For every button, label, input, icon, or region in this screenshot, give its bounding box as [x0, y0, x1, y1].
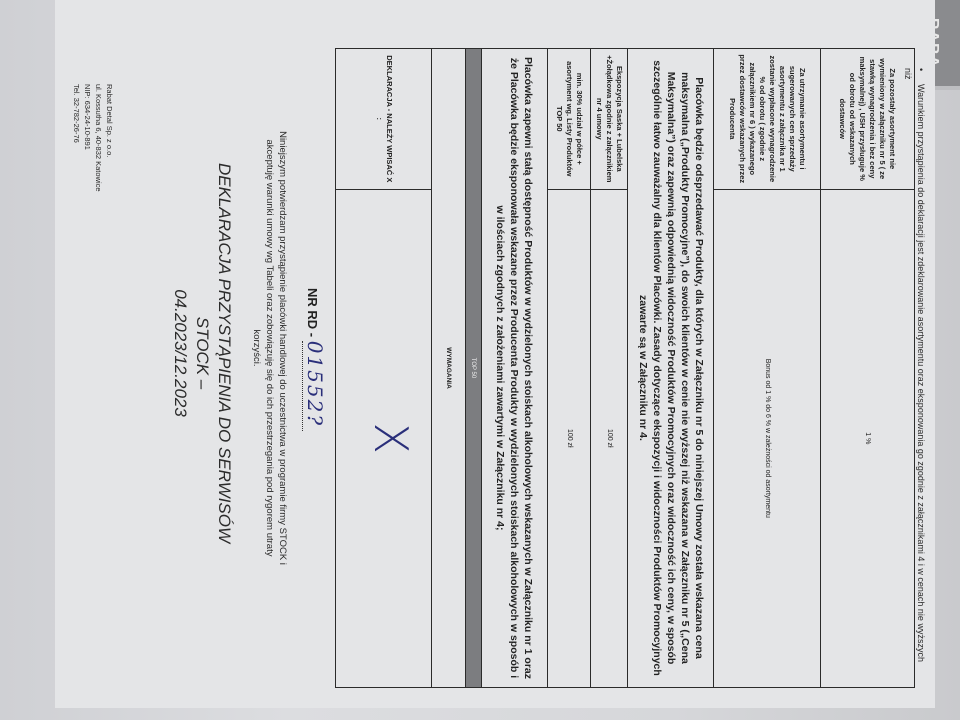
- bonus-label-cell: Za utrzymanie asortymentu i sugerowanych…: [713, 49, 820, 190]
- title-line-2: 04.2023/12.2023: [169, 138, 191, 568]
- declaration-page: •Warunkiem przystąpienia do deklaracji j…: [55, 0, 935, 708]
- declaration-label-cell: DEKLARACJA - NALEŻY WPISAĆ X :: [336, 49, 432, 190]
- bonus-label-cell: Za pozostały asortyment nie wymieniony w…: [820, 49, 914, 190]
- requirements-header: WYMAGANIA: [432, 49, 465, 688]
- company-address: ul. Kossutha 6, 40-832 Katowice: [93, 84, 104, 284]
- handwritten-x-mark: X: [364, 423, 418, 455]
- bullet-icon: •: [914, 68, 927, 84]
- page-title: DEKLARACJA PRZYSTĄPIENIA DO SERWISÓW STO…: [169, 138, 235, 568]
- promo-text-cell: Placówka będzie odsprzedawać Produkty, d…: [628, 49, 714, 688]
- table-row: min. 30% udział w półce + asortyment wg.…: [547, 49, 590, 688]
- requirement-value-cell: 100 zł: [590, 189, 627, 687]
- company-nip: NIP: 634-24-10-891: [82, 84, 93, 284]
- nr-rd-field: NR RD - 01552?: [302, 288, 327, 431]
- table-row: DEKLARACJA - NALEŻY WPISAĆ X : X: [336, 49, 432, 688]
- intro-text: Niniejszym potwierdzam przystąpienie pla…: [250, 128, 289, 568]
- company-tel: Tel. 32-782-26-76: [71, 84, 82, 284]
- requirement-label-cell: min. 30% udział w półce + asortyment wg.…: [547, 49, 590, 190]
- table-row: WYMAGANIA: [432, 49, 465, 688]
- company-info: Rabat Detal Sp. z o.o. ul. Kossutha 6, 4…: [71, 84, 115, 284]
- requirements-table: Za pozostały asortyment nie wymieniony w…: [335, 48, 915, 688]
- declaration-mark-cell[interactable]: X: [336, 189, 432, 687]
- bonus-value-cell: 1 %: [820, 189, 914, 687]
- table-row: Placówka będzie odsprzedawać Produkty, d…: [628, 49, 714, 688]
- requirement-value-cell: 100 zł: [547, 189, 590, 687]
- nr-rd-value[interactable]: 01552?: [302, 341, 327, 431]
- table-row: Za pozostały asortyment nie wymieniony w…: [820, 49, 914, 688]
- nr-rd-label: NR RD -: [305, 288, 320, 337]
- title-line-1: DEKLARACJA PRZYSTĄPIENIA DO SERWISÓW STO…: [191, 138, 235, 568]
- top50-text-cell: Placówka zapewni stałą dostępność Produk…: [481, 49, 547, 688]
- table-row: Placówka zapewni stałą dostępność Produk…: [481, 49, 547, 688]
- requirement-label-cell: Ekspozycja Saska + Lubelska +Żołądkowa z…: [590, 49, 627, 190]
- table-row: TOP 50: [465, 49, 481, 688]
- table-row: Za utrzymanie asortymentu i sugerowanych…: [713, 49, 820, 688]
- top50-band: TOP 50: [465, 49, 481, 688]
- bonus-value-cell: Bonus od 1 % do 6 % w zależności od asor…: [713, 189, 820, 687]
- company-name: Rabat Detal Sp. z o.o.: [104, 84, 115, 284]
- table-row: Ekspozycja Saska + Lubelska +Żołądkowa z…: [590, 49, 627, 688]
